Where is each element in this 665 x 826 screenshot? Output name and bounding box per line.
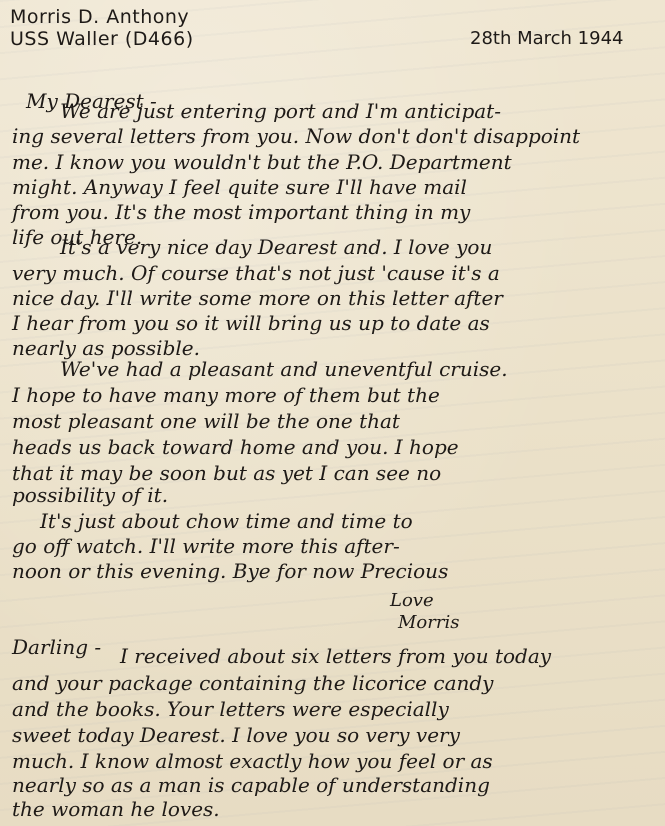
handwritten-line: I received about six letters from you to… — [120, 643, 551, 669]
handwritten-line: sweet today Dearest. I love you so very … — [12, 722, 460, 748]
handwritten-line: nice day. I'll write some more on this l… — [12, 285, 503, 311]
handwritten-line: me. I know you wouldn't but the P.O. Dep… — [12, 149, 512, 175]
handwritten-line: heads us back toward home and you. I hop… — [12, 434, 459, 460]
sender-block: Morris D. Anthony USS Waller (D466) — [10, 6, 194, 50]
handwritten-line: I hear from you so it will bring us up t… — [12, 310, 490, 336]
closing: Love — [390, 590, 434, 611]
handwritten-line: nearly so as a man is capable of underst… — [12, 772, 490, 798]
handwritten-line: It's a very nice day Dearest and. I love… — [60, 234, 492, 260]
handwritten-line: the woman he loves. — [12, 796, 220, 822]
handwritten-line: possibility of it. — [12, 482, 168, 508]
handwritten-line: from you. It's the most important thing … — [12, 199, 470, 225]
letter-page: Morris D. Anthony USS Waller (D466) 28th… — [0, 0, 665, 826]
handwritten-line: We've had a pleasant and uneventful crui… — [60, 356, 508, 382]
handwritten-line: We are just entering port and I'm antici… — [60, 98, 501, 124]
handwritten-line: It's just about chow time and time to — [40, 508, 413, 534]
handwritten-line: might. Anyway I feel quite sure I'll hav… — [12, 174, 467, 200]
handwritten-line: very much. Of course that's not just 'ca… — [12, 260, 500, 286]
handwritten-line: most pleasant one will be the one that — [12, 408, 400, 434]
handwritten-line: much. I know almost exactly how you feel… — [12, 748, 493, 774]
handwritten-line: I hope to have many more of them but the — [12, 382, 440, 408]
handwritten-line: noon or this evening. Bye for now Precio… — [12, 558, 448, 584]
handwritten-line: and your package containing the licorice… — [12, 670, 493, 696]
handwritten-line: and the books. Your letters were especia… — [12, 696, 449, 722]
second-salutation: Darling - — [12, 634, 101, 660]
signature: Morris — [398, 612, 459, 633]
ship-name: USS Waller (D466) — [10, 28, 194, 50]
handwritten-line: go off watch. I'll write more this after… — [12, 533, 400, 559]
letter-date: 28th March 1944 — [470, 28, 624, 49]
handwritten-line: ing several letters from you. Now don't … — [12, 123, 580, 149]
sender-name: Morris D. Anthony — [10, 6, 194, 28]
